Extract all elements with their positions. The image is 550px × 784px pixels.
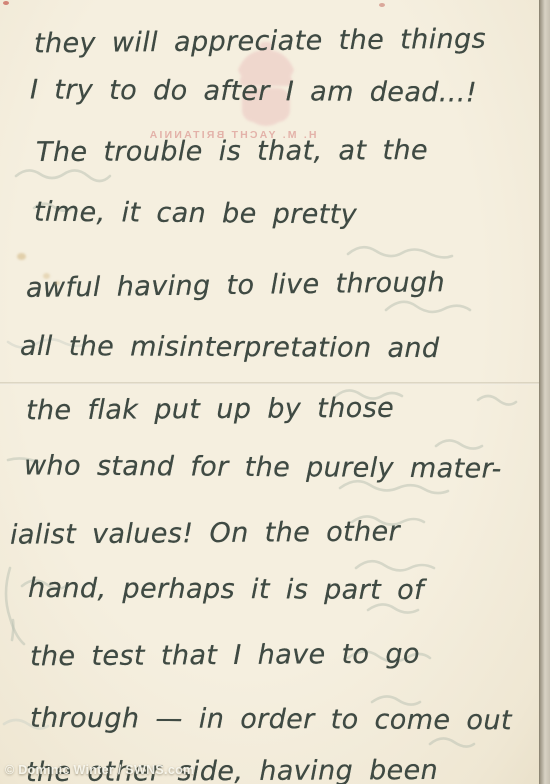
paper-stain [55,281,60,285]
letter-line: they will appreciate the things [34,24,486,60]
letter-line: The trouble is that, at the [36,135,428,168]
letter-line: who stand for the purely mater- [24,450,502,484]
photo-credit-watermark: © Dominic Winter / SWNS.com [5,763,194,777]
letter-line: the test that I have to go [30,639,420,673]
letter-line: I try to do after I am dead...! [30,74,477,108]
letter-line: time, it can be pretty [34,197,357,231]
letter-line: the flak put up by those [26,393,394,427]
letter-photo: H. M. YACHT BRITANNIA they will apprecia… [0,0,550,784]
letter-line: all the misinterpretation and [20,331,440,364]
letter-line: ialist values! On the other [10,516,400,550]
paper-stain [17,253,26,260]
letter-line: through — in order to come out [30,703,512,737]
paper-speck [379,3,385,7]
fold-crease [0,382,540,385]
paper-edge [539,0,550,784]
letter-line: awful having to live through [26,267,445,304]
paper-stain [43,273,50,279]
paper-speck [3,1,9,5]
letter-line: hand, perhaps it is part of [28,573,424,606]
